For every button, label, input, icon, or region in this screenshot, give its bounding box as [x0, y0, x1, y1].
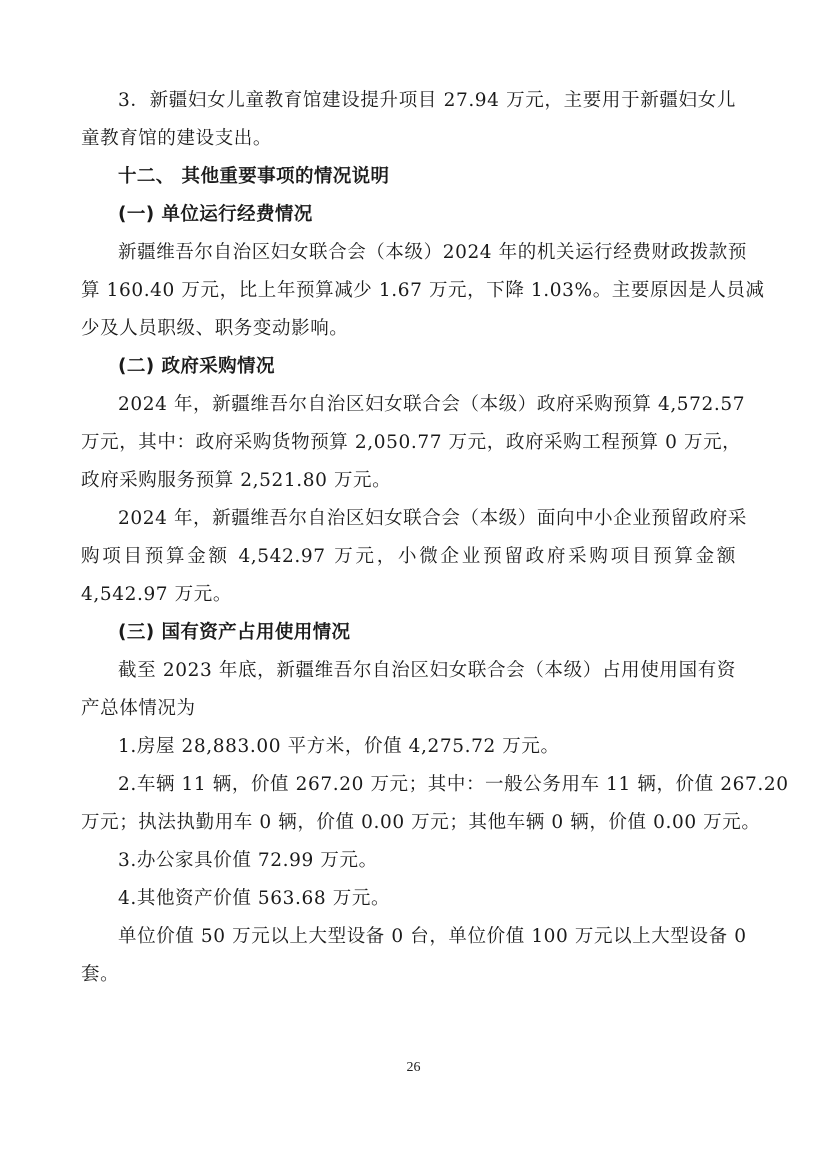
paragraph-project-3: 3．新疆妇女儿童教育馆建设提升项目 27.94 万元，主要用于新疆妇女儿	[118, 88, 736, 114]
subsection-heading-operating-costs: (一) 单位运行经费情况	[118, 202, 313, 228]
paragraph-project-3-cont: 童教育馆的建设支出。	[81, 126, 272, 152]
paragraph-procurement-budget: 2024 年，新疆维吾尔自治区妇女联合会（本级）政府采购预算 4,572.57	[118, 392, 736, 418]
paragraph-operating-costs: 新疆维吾尔自治区妇女联合会（本级）2024 年的机关运行经费财政拨款预	[118, 240, 736, 266]
paragraph-operating-costs-cont-1: 算 160.40 万元，比上年预算减少 1.67 万元，下降 1.03%。主要原…	[81, 278, 736, 304]
paragraph-large-equipment: 单位价值 50 万元以上大型设备 0 台，单位价值 100 万元以上大型设备 0	[118, 924, 736, 950]
section-heading-12: 十二、 其他重要事项的情况说明	[118, 164, 389, 190]
paragraph-operating-costs-cont-2: 少及人员职级、职务变动影响。	[81, 316, 348, 342]
paragraph-sme-reserved-cont-1: 购项目预算金额 4,542.97 万元，小微企业预留政府采购项目预算金额	[81, 544, 736, 570]
paragraph-assets-intro: 截至 2023 年底，新疆维吾尔自治区妇女联合会（本级）占用使用国有资	[118, 658, 736, 684]
subsection-heading-state-assets: (三) 国有资产占用使用情况	[118, 620, 350, 646]
paragraph-procurement-budget-cont-1: 万元，其中：政府采购货物预算 2,050.77 万元，政府采购工程预算 0 万元…	[81, 430, 736, 456]
list-item-vehicles: 2.车辆 11 辆，价值 267.20 万元；其中：一般公务用车 11 辆，价值…	[118, 772, 736, 798]
paragraph-sme-reserved-cont-2: 4,542.97 万元。	[81, 582, 232, 608]
paragraph-sme-reserved: 2024 年，新疆维吾尔自治区妇女联合会（本级）面向中小企业预留政府采	[118, 506, 736, 532]
paragraph-assets-intro-cont: 产总体情况为	[81, 696, 196, 722]
list-item-other-assets: 4.其他资产价值 563.68 万元。	[118, 886, 390, 912]
paragraph-procurement-budget-cont-2: 政府采购服务预算 2,521.80 万元。	[81, 468, 391, 494]
paragraph-large-equipment-cont: 套。	[81, 962, 119, 988]
page-number: 26	[0, 1060, 827, 1076]
list-item-vehicles-cont: 万元；执法执勤用车 0 辆，价值 0.00 万元；其他车辆 0 辆，价值 0.0…	[81, 810, 736, 836]
subsection-heading-procurement: (二) 政府采购情况	[118, 354, 275, 380]
list-item-furniture: 3.办公家具价值 72.99 万元。	[118, 848, 378, 874]
list-item-buildings: 1.房屋 28,883.00 平方米，价值 4,275.72 万元。	[118, 734, 560, 760]
